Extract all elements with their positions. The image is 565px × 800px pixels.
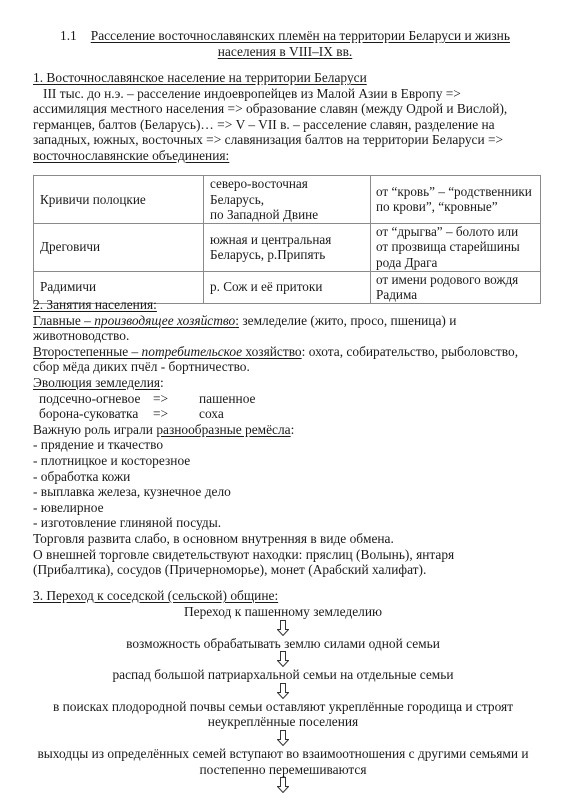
section-3-heading: 3. Переход к соседской (сельской) общине… bbox=[33, 588, 548, 604]
section-2: 2. Занятия населения: Главные – производ… bbox=[33, 297, 548, 578]
main-economy-label: Главные – производящее хозяйство: bbox=[33, 313, 239, 328]
evolution-item: борона-суковатка=>соха bbox=[33, 406, 548, 422]
section-1-line: ассимиляция местного населения => образо… bbox=[33, 101, 548, 117]
evolution-heading: Эволюция земледелия: bbox=[33, 375, 548, 391]
secondary-economy-label: Второстепенные – потребительское хозяйст… bbox=[33, 344, 302, 359]
flow-step-line: постепенно перемешиваются bbox=[33, 762, 533, 778]
trade-line: О внешней торговле свидетельствуют наход… bbox=[33, 547, 548, 563]
section-1-line: западных, южных, восточных => славянизац… bbox=[33, 132, 548, 148]
trade-line: (Прибалтика), сосудов (Причерноморье), м… bbox=[33, 562, 548, 578]
flow-step-line: Переход к пашенному земледелию bbox=[33, 604, 533, 620]
flow-step-line: неукреплённые поселения bbox=[33, 714, 533, 730]
craft-item: - ювелирное bbox=[33, 500, 548, 516]
origin-line: по крови”, “кровные” bbox=[376, 199, 538, 215]
document-page: 1.1Расселение восточнославянских племён … bbox=[0, 0, 565, 800]
craft-item: - выплавка железа, кузнечное дело bbox=[33, 484, 548, 500]
down-arrow-icon bbox=[277, 651, 289, 667]
down-arrow-icon bbox=[277, 683, 289, 699]
flow-step: в поисках плодородной почвы семьи оставл… bbox=[33, 699, 533, 730]
evolution-item: подсечно-огневое=>пашенное bbox=[33, 391, 548, 407]
tribe-territory: южная и центральная Беларусь, р.Припять bbox=[204, 223, 371, 271]
down-arrow-icon bbox=[277, 730, 289, 746]
origin-line: от имени родового вождя bbox=[376, 272, 538, 288]
section-1-line: германцев, балтов (Беларусь)… => V – VII… bbox=[33, 117, 548, 133]
flow-step: выходцы из определённых семей вступают в… bbox=[33, 746, 533, 777]
flow-step-line: распад большой патриархальной семьи на о… bbox=[33, 667, 533, 683]
main-economy-line: Главные – производящее хозяйство: землед… bbox=[33, 313, 548, 329]
origin-line: от прозвища старейшины bbox=[376, 239, 538, 255]
origin-line: от “дрыгва” – болото или bbox=[376, 224, 538, 240]
flow-step: Переход к пашенному земледелию bbox=[33, 604, 533, 620]
title-text: Расселение восточнославянских племён на … bbox=[91, 28, 510, 59]
secondary-economy-line: Второстепенные – потребительское хозяйст… bbox=[33, 344, 548, 360]
territory-line: северо-восточная Беларусь, bbox=[210, 176, 364, 207]
down-arrow-icon bbox=[277, 777, 289, 793]
flow-step-line: в поисках плодородной почвы семьи оставл… bbox=[33, 699, 533, 715]
section-1-conclusion: восточнославянские объединения: bbox=[33, 148, 548, 164]
down-arrow-icon bbox=[277, 620, 289, 636]
tribe-name: Кривичи полоцкие bbox=[34, 176, 204, 224]
section-3: 3. Переход к соседской (сельской) общине… bbox=[33, 588, 548, 604]
crafts-intro: Важную роль играли разнообразные ремёсла… bbox=[33, 422, 548, 438]
craft-item: - прядение и ткачество bbox=[33, 437, 548, 453]
flow-step-line: возможность обрабатывать землю силами од… bbox=[33, 636, 533, 652]
section-2-heading: 2. Занятия населения: bbox=[33, 297, 548, 313]
secondary-economy-line: сбор мёда диких пчёл - бортничество. bbox=[33, 359, 548, 375]
page-title: 1.1Расселение восточнославянских племён … bbox=[40, 28, 530, 60]
craft-item: - обработка кожи bbox=[33, 469, 548, 485]
section-1-heading: 1. Восточнославянское население на терри… bbox=[33, 70, 548, 86]
territory-line: южная и центральная bbox=[210, 232, 364, 248]
trade-line: Торговля развита слабо, в основном внутр… bbox=[33, 531, 548, 547]
territory-line: по Западной Двине bbox=[210, 207, 364, 223]
tribes-table: Кривичи полоцкие северо-восточная Белару… bbox=[33, 175, 541, 304]
origin-line: от “кровь” – “родственники bbox=[376, 184, 538, 200]
section-1-line: III тыс. до н.э. – расселение индоевропе… bbox=[33, 86, 548, 102]
flow-step: возможность обрабатывать землю силами од… bbox=[33, 636, 533, 652]
community-flowchart: Переход к пашенному земледелиювозможност… bbox=[33, 604, 533, 793]
table-row: Кривичи полоцкие северо-восточная Белару… bbox=[34, 176, 541, 224]
section-1: 1. Восточнославянское население на терри… bbox=[33, 70, 548, 164]
tribe-territory: северо-восточная Беларусь, по Западной Д… bbox=[204, 176, 371, 224]
main-economy-line: животноводство. bbox=[33, 328, 548, 344]
tribe-name: Дреговичи bbox=[34, 223, 204, 271]
title-number: 1.1 bbox=[60, 28, 77, 43]
table-row: Дреговичи южная и центральная Беларусь, … bbox=[34, 223, 541, 271]
craft-item: - плотницкое и косторезное bbox=[33, 453, 548, 469]
tribe-origin: от “дрыгва” – болото или от прозвища ста… bbox=[371, 223, 541, 271]
territory-line: Беларусь, р.Припять bbox=[210, 247, 364, 263]
tribe-origin: от “кровь” – “родственники по крови”, “к… bbox=[371, 176, 541, 224]
flow-step-line: выходцы из определённых семей вступают в… bbox=[33, 746, 533, 762]
craft-item: - изготовление глиняной посуды. bbox=[33, 515, 548, 531]
origin-line: рода Драга bbox=[376, 255, 538, 271]
territory-line: р. Сож и её притоки bbox=[210, 279, 364, 295]
flow-step: распад большой патриархальной семьи на о… bbox=[33, 667, 533, 683]
